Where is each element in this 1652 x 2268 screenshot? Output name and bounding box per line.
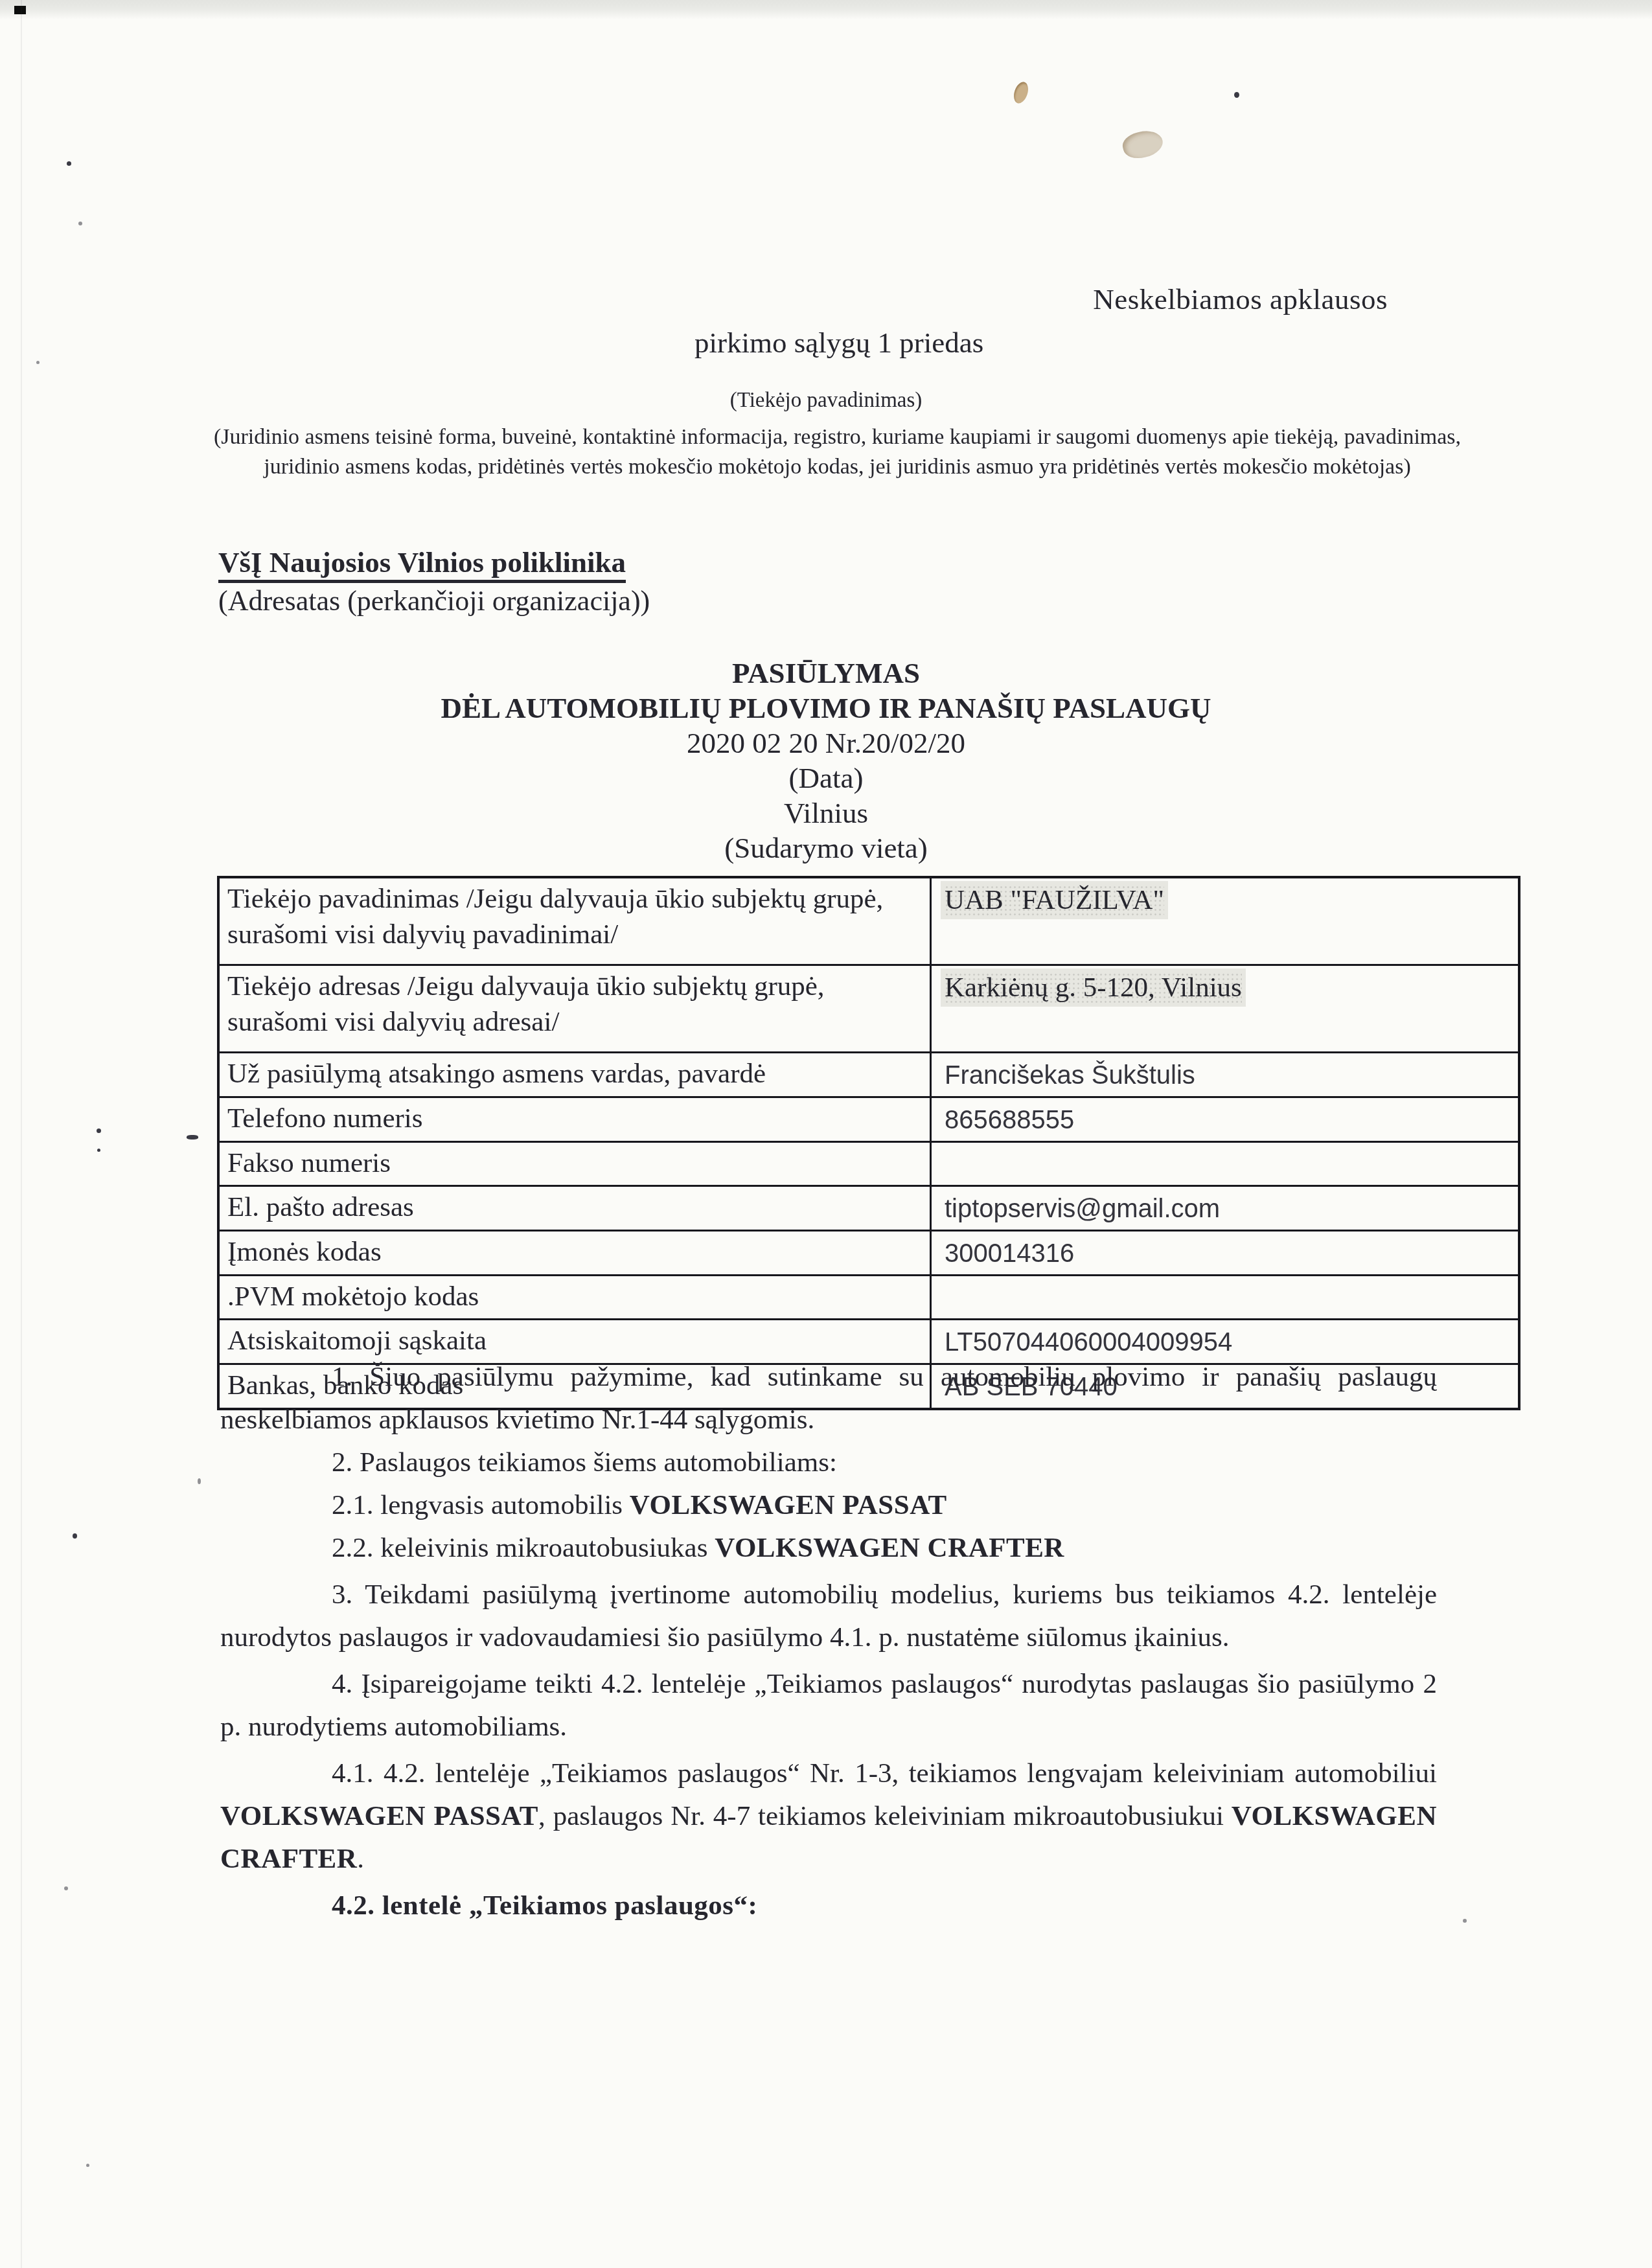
table-row: Telefono numeris865688555 (218, 1097, 1519, 1142)
paragraph: 2.2. keleivinis mikroautobusiukas VOLKSW… (220, 1527, 1437, 1570)
scan-speck (36, 361, 40, 364)
field-value: UAB "FAUŽILVA" (931, 877, 1520, 965)
field-value (931, 1142, 1520, 1186)
field-label: .PVM mokėtojo kodas (218, 1276, 931, 1320)
paragraph: 1. Šiuo pasiūlymu pažymime, kad sutinkam… (220, 1356, 1437, 1441)
supplier-details-table: Tiekėjo pavadinimas /Jeigu dalyvauja ūki… (217, 876, 1520, 1410)
field-value-text: 300014316 (945, 1239, 1074, 1268)
field-label: Tiekėjo adresas /Jeigu dalyvauja ūkio su… (218, 965, 931, 1053)
paragraph: 4. Įsipareigojame teikti 4.2. lentelėje … (220, 1663, 1437, 1748)
field-value-text-shaded: Karkiėnų g. 5-120, Vilnius (945, 972, 1242, 1003)
field-value-text-shaded: UAB "FAUŽILVA" (945, 885, 1164, 915)
paragraph: 2. Paslaugos teikiamos šiems automobilia… (220, 1441, 1437, 1484)
scan-smudge (1120, 127, 1165, 162)
paragraph-bold-text: 4.2. lentelė „Teikiamos paslaugos“: (332, 1890, 757, 1921)
paragraph-text: . (357, 1844, 364, 1874)
field-label: El. pašto adresas (218, 1186, 931, 1231)
paragraph-bold-text: VOLKSWAGEN PASSAT (630, 1490, 947, 1520)
supplier-name-caption: (Tiekėjo pavadinimas) (0, 389, 1652, 413)
header-right-note: Neskelbiamos apklausos (1093, 282, 1388, 316)
field-label: Telefono numeris (218, 1097, 931, 1142)
date-caption: (Data) (0, 761, 1652, 796)
table-row: El. pašto adresastiptopservis@gmail.com (218, 1186, 1519, 1231)
table-row: Tiekėjo adresas /Jeigu dalyvauja ūkio su… (218, 965, 1519, 1053)
addressee-name: VšĮ Naujosios Vilnios poliklinika (218, 545, 626, 583)
title-block: PASIŪLYMAS DĖL AUTOMOBILIŲ PLOVIMO IR PA… (0, 656, 1652, 865)
paragraph: 4.1. 4.2. lentelėje „Teikiamos paslaugos… (220, 1752, 1437, 1881)
scanned-offer-document: Neskelbiamos apklausos pirkimo sąlygų 1 … (0, 0, 1652, 2268)
paragraph-text: , paslaugos Nr. 4-7 teikiamos keleivinia… (538, 1801, 1232, 1831)
scan-speck (1234, 92, 1239, 98)
paragraph-text: 3. Teikdami pasiūlymą įvertinome automob… (220, 1579, 1437, 1653)
scan-speck (67, 161, 71, 166)
field-value-text: LT507044060004009954 (945, 1328, 1232, 1357)
field-label: Už pasiūlymą atsakingo asmens vardas, pa… (218, 1053, 931, 1097)
scan-speck (64, 1886, 68, 1890)
field-value-text: Francišekas Šukštulis (945, 1061, 1195, 1090)
header-attachment-note: pirkimo sąlygų 1 priedas (694, 326, 983, 360)
table-row: Už pasiūlymą atsakingo asmens vardas, pa… (218, 1053, 1519, 1097)
document-subtitle: DĖL AUTOMOBILIŲ PLOVIMO IR PANAŠIŲ PASLA… (0, 691, 1652, 726)
scan-speck (97, 1149, 100, 1152)
scan-speck (97, 1128, 101, 1133)
field-label: Fakso numeris (218, 1142, 931, 1186)
table-row: Tiekėjo pavadinimas /Jeigu dalyvauja ūki… (218, 877, 1519, 965)
paragraph: 3. Teikdami pasiūlymą įvertinome automob… (220, 1574, 1437, 1659)
table-row: .PVM mokėtojo kodas (218, 1276, 1519, 1320)
scan-speck (86, 2164, 89, 2167)
scan-speck (78, 222, 82, 225)
field-value: Francišekas Šukštulis (931, 1053, 1520, 1097)
field-value: Karkiėnų g. 5-120, Vilnius (931, 965, 1520, 1053)
table-row: Fakso numeris (218, 1142, 1519, 1186)
field-value: tiptopservis@gmail.com (931, 1186, 1520, 1231)
paragraph-bold-text: VOLKSWAGEN CRAFTER (715, 1533, 1064, 1563)
paragraph-text: 2.2. keleivinis mikroautobusiukas (332, 1533, 715, 1563)
field-value-text: 865688555 (945, 1106, 1074, 1134)
field-value: 300014316 (931, 1231, 1520, 1276)
field-label: Tiekėjo pavadinimas /Jeigu dalyvauja ūki… (218, 877, 931, 965)
scan-speck (73, 1533, 77, 1539)
paragraph-text: 2. Paslaugos teikiamos šiems automobilia… (332, 1447, 837, 1478)
paragraph: 2.1. lengvasis automobilis VOLKSWAGEN PA… (220, 1484, 1437, 1527)
field-value: 865688555 (931, 1097, 1520, 1142)
supplier-legal-note: (Juridinio asmens teisinė forma, buveinė… (194, 422, 1480, 482)
paragraph-text: 4. Įsipareigojame teikti 4.2. lentelėje … (220, 1669, 1437, 1742)
scan-speck (198, 1478, 201, 1484)
paragraph-bold-text: VOLKSWAGEN PASSAT (220, 1801, 538, 1831)
document-title: PASIŪLYMAS (0, 656, 1652, 691)
scan-speck (187, 1135, 198, 1140)
paragraphs: 1. Šiuo pasiūlymu pažymime, kad sutinkam… (220, 1356, 1437, 1927)
scan-fold-line (21, 0, 22, 2268)
paragraph: 4.2. lentelė „Teikiamos paslaugos“: (220, 1884, 1437, 1927)
paragraph-text: 2.1. lengvasis automobilis (332, 1490, 630, 1520)
addressee-caption: (Adresatas (perkančioji organizacija)) (218, 584, 650, 617)
field-value (931, 1276, 1520, 1320)
field-label: Įmonės kodas (218, 1231, 931, 1276)
scan-edge-mark (14, 6, 26, 14)
place: Vilnius (0, 796, 1652, 830)
date-number-line: 2020 02 20 Nr.20/02/20 (0, 726, 1652, 761)
field-value-text: tiptopservis@gmail.com (945, 1195, 1220, 1223)
paragraph-text: 1. Šiuo pasiūlymu pažymime, kad sutinkam… (220, 1362, 1437, 1435)
scan-smudge (1011, 80, 1031, 106)
table-row: Įmonės kodas300014316 (218, 1231, 1519, 1276)
offer-table-body: Tiekėjo pavadinimas /Jeigu dalyvauja ūki… (218, 877, 1519, 1409)
place-caption: (Sudarymo vieta) (0, 830, 1652, 865)
paragraph-text: 4.1. 4.2. lentelėje „Teikiamos paslaugos… (332, 1758, 1437, 1789)
scan-speck (1463, 1919, 1467, 1923)
